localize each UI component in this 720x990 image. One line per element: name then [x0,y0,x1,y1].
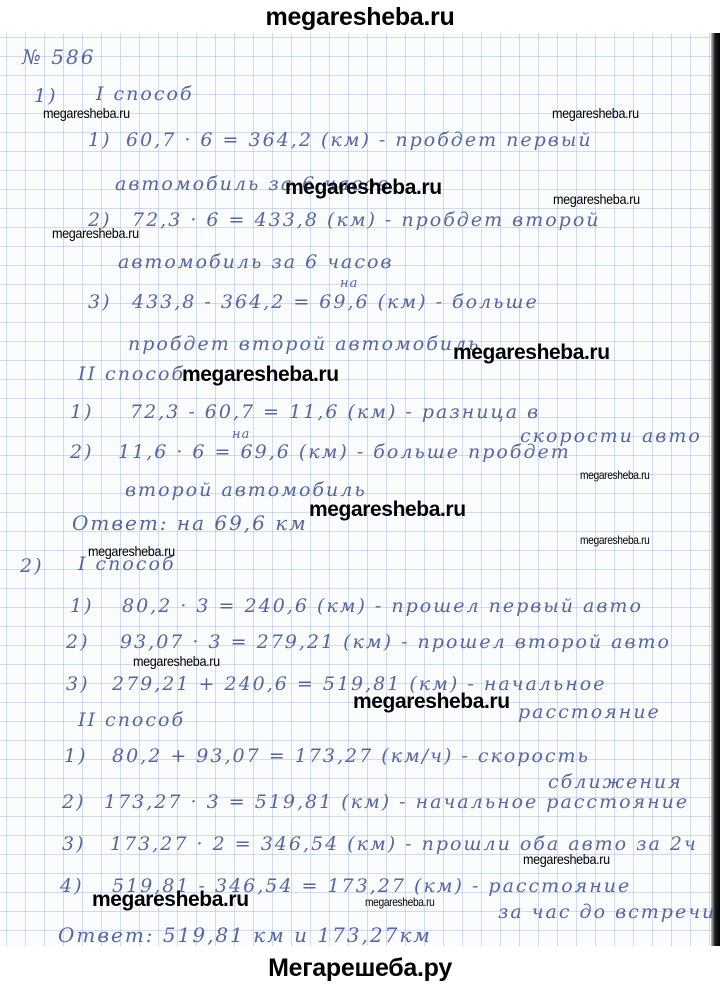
p2m1-step3-num: 3) [66,673,90,695]
watermark: megaresheba.ru [88,543,175,559]
p2m2-step1-num: 1) [64,745,88,767]
part1-answer: Ответ: на 69,6 км [72,511,308,535]
p2m2-step2-expr: 173,27 · 3 = 519,81 (км) - начальное рас… [104,791,689,813]
part1-method1-title: I способ [96,83,194,105]
watermark: megaresheba.ru [52,225,139,241]
p2m2-step1-expr: 80,2 + 93,07 = 173,27 (км/ч) - скорость [112,745,590,767]
watermark: megaresheba.ru [353,690,510,714]
problem-number: № 586 [22,45,95,69]
watermark: megaresheba.ru [92,888,249,912]
watermark: megaresheba.ru [365,895,435,909]
p1m1-step3-cont: пробдет второй автомобиль [128,333,480,355]
p1m2-step2-note: на [232,427,250,442]
p1m1-step2-cont: автомобиль за 6 часов [118,251,394,273]
p1m1-step3-note: на [340,276,358,291]
page-edge-shadow [711,33,720,946]
watermark: megaresheba.ru [453,341,610,365]
p1m2-step1-num: 1) [70,401,94,423]
watermark: megaresheba.ru [285,176,442,200]
part1-label: 1) [34,85,58,107]
site-footer-title: Мегарешеба.ру [0,946,720,990]
p2m2-step4-num: 4) [60,875,84,897]
part2-label: 2) [20,555,44,577]
watermark: megaresheba.ru [133,653,220,669]
p2m2-step3-num: 3) [62,833,86,855]
p2m1-step2-num: 2) [66,631,90,653]
p1m1-step1-num: 1) [88,129,112,151]
p1m2-step1-expr: 72,3 - 60,7 = 11,6 (км) - разница в [130,401,540,423]
p2m2-step1-cont: сближения [548,771,683,793]
part2-answer: Ответ: 519,81 км и 173,27км [58,923,432,946]
p2m1-step2-expr: 93,07 · 3 = 279,21 (км) - прошел второй … [120,631,671,653]
p1m1-step1-expr: 60,7 · 6 = 364,2 (км) - пробдет первый [126,129,593,151]
p1m1-step3-num: 3) [88,291,112,313]
watermark: megaresheba.ru [580,468,650,482]
watermark: megaresheba.ru [309,498,466,522]
part1-method2-title: II способ [78,363,185,385]
watermark: megaresheba.ru [580,533,650,547]
p2m2-step4-cont: за час до встречи [498,901,716,923]
notebook-page: № 586 1) I способ 1) 60,7 · 6 = 364,2 (к… [0,33,720,946]
p2m1-step1-expr: 80,2 · 3 = 240,6 (км) - прошел первый ав… [122,595,643,617]
p2m1-step1-num: 1) [70,595,94,617]
p1m2-step2-expr: 11,6 · 6 = 69,6 (км) - больше пробдет [118,441,571,463]
watermark: megaresheba.ru [552,105,639,121]
watermark: megaresheba.ru [43,105,130,121]
p1m1-step2-expr: 72,3 · 6 = 433,8 (км) - пробдет второй [132,209,601,231]
p1m2-step2-num: 2) [70,441,94,463]
watermark: megaresheba.ru [523,851,610,867]
part2-method2-title: II способ [78,709,185,731]
p2m2-step2-num: 2) [62,791,86,813]
watermark: megaresheba.ru [182,363,339,387]
site-header-title: megaresheba.ru [0,0,720,36]
p2m1-step3-cont: расстояние [518,701,661,723]
watermark: megaresheba.ru [553,191,640,207]
p1m1-step3-expr: 433,8 - 364,2 = 69,6 (км) - больше [132,291,539,313]
